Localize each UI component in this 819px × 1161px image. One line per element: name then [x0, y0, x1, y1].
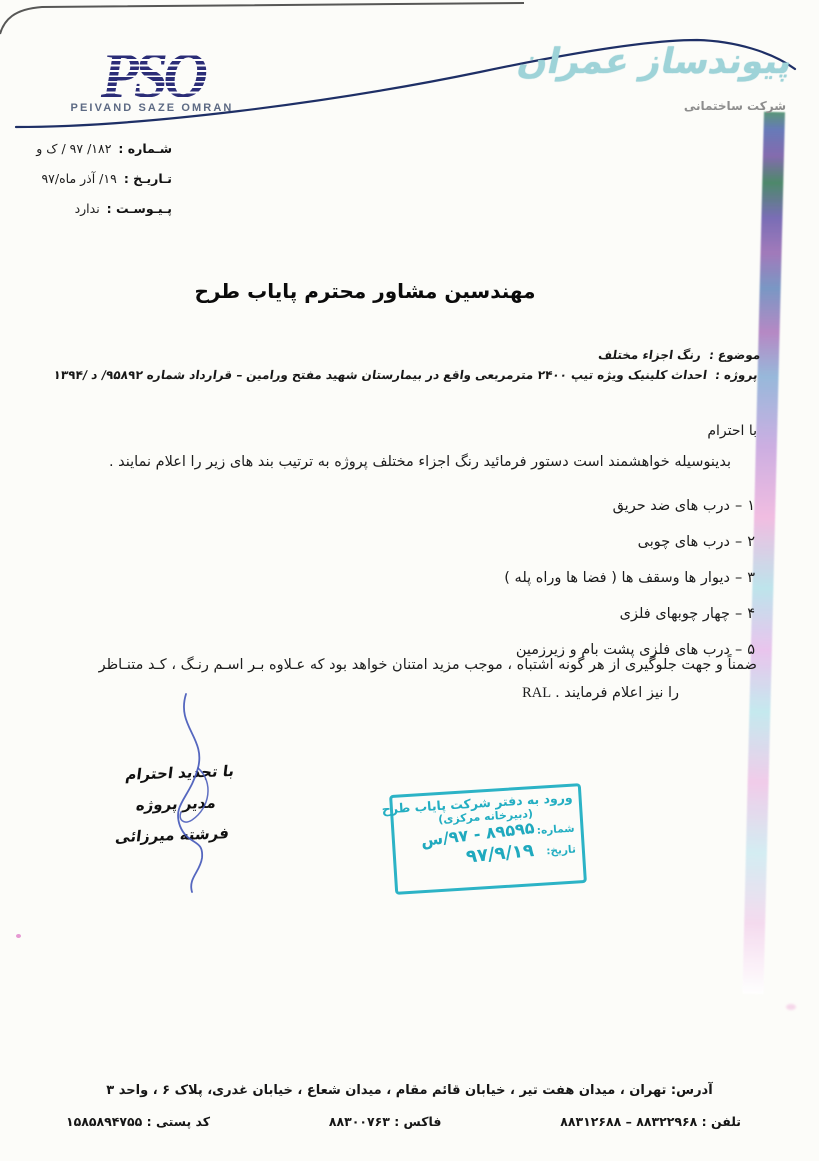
handwritten-signature — [148, 686, 238, 896]
scanned-letter-page: PSO PEIVAND SAZE OMRAN پیوندساز عمران شر… — [0, 0, 819, 1161]
persian-company-logo: پیوندساز عمران — [548, 42, 797, 82]
item-text: درب های چوبی — [638, 534, 730, 550]
subject-row: موضوع : رنگ اجزاء مختلف — [50, 345, 762, 365]
item-dash: – — [735, 534, 742, 550]
item-number: ۴ — [747, 606, 755, 622]
signature-stroke-main — [178, 694, 202, 892]
meta-attachment-row: پـیـوسـت : ندارد — [12, 194, 172, 224]
letter-meta-fields: شـماره : ۱۸۲/ ۹۷ / ک و تـاریـخ : ۱۹/ آذر… — [12, 134, 172, 224]
date-value: ۱۹/ آذر ماه/۹۷ — [41, 171, 116, 186]
persian-company-type: شرکت ساختمانی — [636, 99, 786, 113]
closing-line-2-inner: RALرا نیز اعلام فرمایند . — [522, 679, 679, 707]
subject-label: موضوع : — [708, 348, 761, 362]
list-item: ۱–درب های ضد حریق — [56, 488, 755, 524]
stamp-date-label: تاریخ: — [546, 843, 576, 857]
item-number: ۱ — [747, 498, 755, 514]
item-dash: – — [735, 570, 742, 586]
footer-phone: تلفن : ۸۸۳۲۲۹۶۸ – ۸۸۳۱۲۶۸۸ — [560, 1114, 741, 1129]
scan-speck — [16, 934, 21, 938]
ral-code-text: RAL — [522, 685, 551, 701]
project-label: پروژه : — [714, 368, 758, 382]
subject-block: موضوع : رنگ اجزاء مختلف پروژه : احداث کل… — [47, 345, 762, 386]
list-item: ۲–درب های چوبی — [56, 524, 755, 560]
item-text: چهار چوبهای فلزی — [620, 606, 730, 622]
pso-logo-acronym: PSO — [60, 45, 244, 107]
salutation: با احترام — [707, 423, 757, 439]
footer-postal-code: کد پستی : ۱۵۸۵۸۹۴۷۵۵ — [66, 1114, 210, 1129]
top-edge-artifact-line — [0, 3, 524, 34]
project-value: احداث کلینیک ویژه تیپ ۲۴۰۰ مترمربعی واقع… — [52, 368, 707, 382]
scan-speck — [786, 1004, 796, 1010]
item-text: دیوار ها وسقف ها ( فضا ها وراه پله ) — [504, 570, 730, 586]
recipient-title: مهندسین مشاور محترم پایاب طرح — [100, 279, 630, 303]
item-dash: – — [735, 606, 742, 622]
receipt-stamp: ورود به دفتر شرکت پایاب طرح (دبیرخانه مر… — [389, 783, 587, 895]
intro-paragraph: بدینوسیله خواهشمند است دستور فرمائید رنگ… — [56, 454, 757, 470]
closing-line-1: ضمناً و جهت جلوگیری از هر گونه اشتباه ، … — [56, 651, 757, 679]
number-label: شـماره : — [118, 141, 172, 156]
subject-value: رنگ اجزاء مختلف — [597, 348, 702, 362]
item-number: ۳ — [747, 570, 755, 586]
item-dash: – — [735, 498, 742, 514]
footer-fax: فاکس : ۸۸۳۰۰۷۶۳ — [329, 1114, 442, 1129]
date-label: تـاریـخ : — [124, 171, 172, 186]
footer-address: آدرس: تهران ، میدان هفت تیر ، خیابان قائ… — [0, 1083, 819, 1098]
items-list: ۱–درب های ضد حریق ۲–درب های چوبی ۳–دیوار… — [56, 488, 755, 668]
stamp-number-label: شماره: — [536, 822, 574, 836]
pso-logo: PSO PEIVAND SAZE OMRAN — [60, 46, 244, 114]
signature-stroke-loop — [180, 768, 208, 822]
meta-date-row: تـاریـخ : ۱۹/ آذر ماه/۹۷ — [12, 164, 172, 194]
list-item: ۳–دیوار ها وسقف ها ( فضا ها وراه پله ) — [56, 560, 755, 596]
number-value: ۱۸۲/ ۹۷ / ک و — [36, 141, 111, 156]
item-text: درب های ضد حریق — [613, 498, 730, 514]
attachment-value: ندارد — [75, 201, 100, 216]
stamp-date-value: ۹۷/۹/۱۹ — [465, 840, 535, 868]
footer-contacts: تلفن : ۸۸۳۲۲۹۶۸ – ۸۸۳۱۲۶۸۸ فاکس : ۸۸۳۰۰۷… — [66, 1114, 741, 1129]
list-item: ۴–چهار چوبهای فلزی — [56, 596, 755, 632]
meta-number-row: شـماره : ۱۸۲/ ۹۷ / ک و — [12, 134, 172, 164]
project-row: پروژه : احداث کلینیک ویژه تیپ ۲۴۰۰ مترمر… — [47, 365, 759, 385]
item-number: ۲ — [747, 534, 755, 550]
closing-line-2-fa: را نیز اعلام فرمایند . — [555, 685, 679, 701]
attachment-label: پـیـوسـت : — [107, 201, 172, 216]
